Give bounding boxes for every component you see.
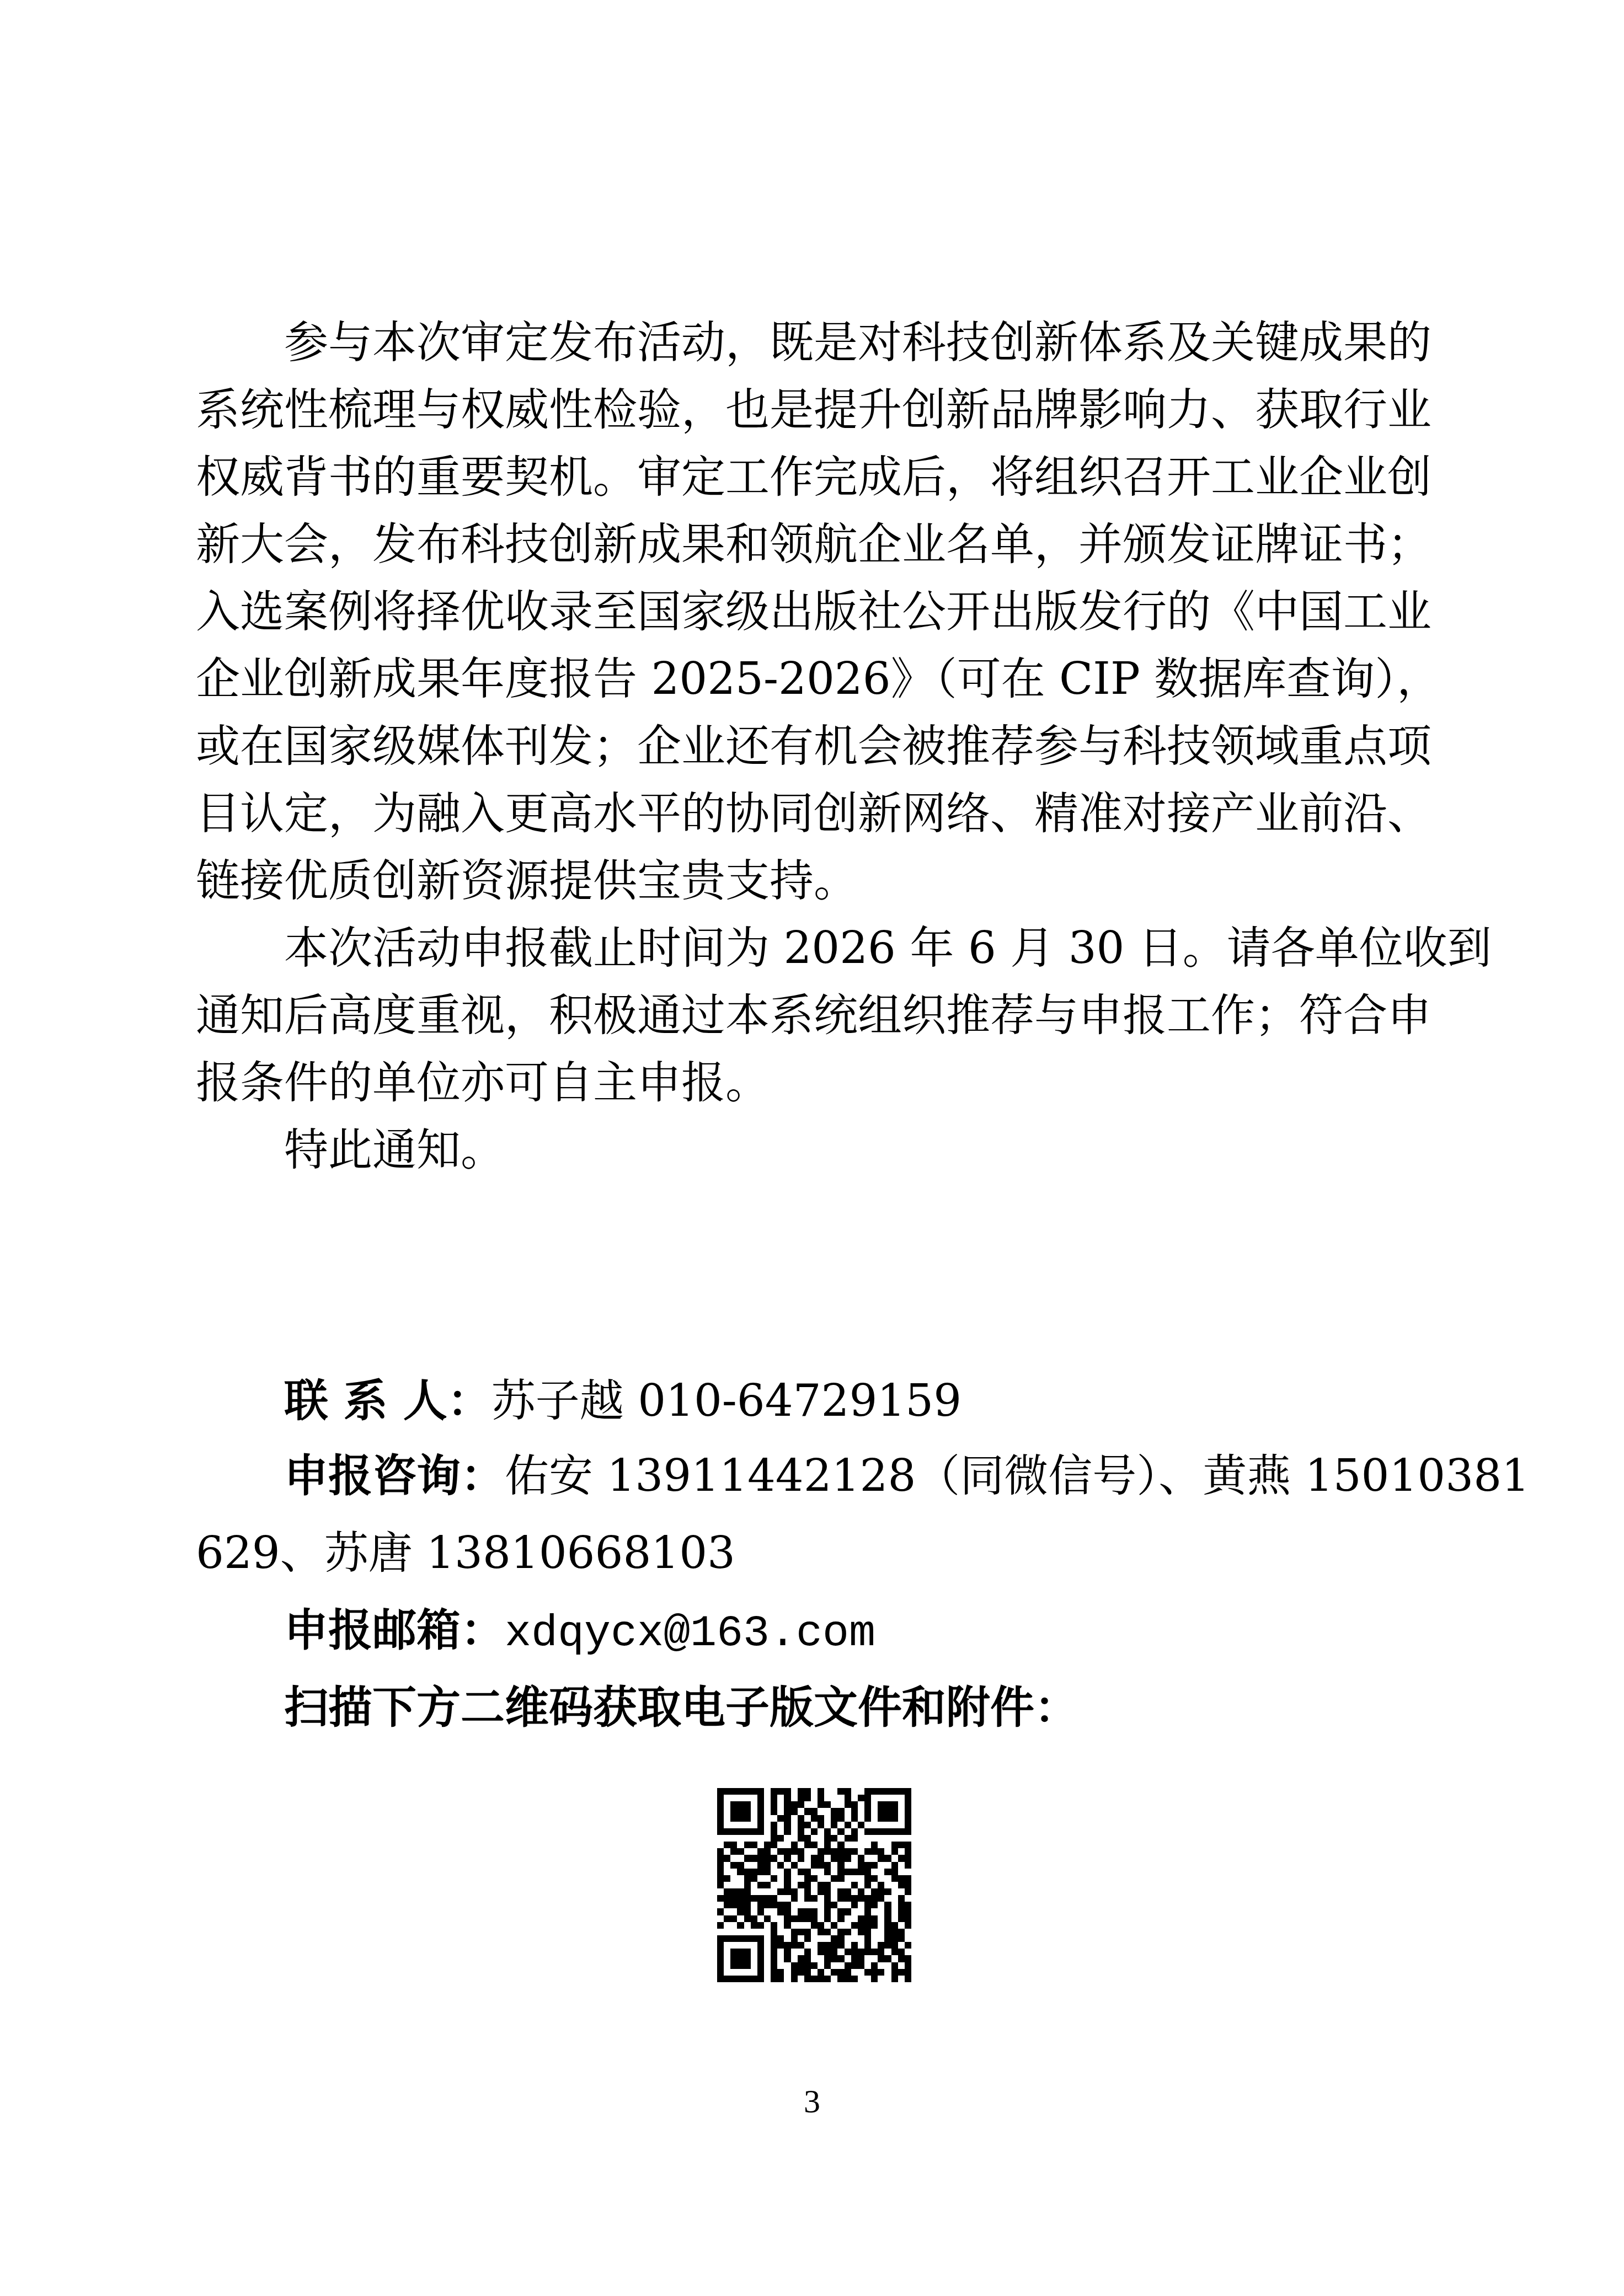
- qr-module: [851, 1869, 858, 1875]
- qr-module: [818, 1976, 824, 1982]
- qr-module: [804, 1888, 811, 1895]
- qr-module: [784, 1828, 790, 1835]
- qr-module: [884, 1882, 891, 1888]
- qr-module: [751, 1788, 757, 1795]
- qr-module: [771, 1929, 777, 1935]
- qr-module: [831, 1815, 837, 1822]
- qr-module: [737, 1848, 744, 1855]
- qr-module: [851, 1862, 858, 1869]
- qr-module: [891, 1955, 898, 1962]
- qr-module: [831, 1922, 837, 1929]
- qr-module: [724, 1848, 730, 1855]
- qr-module: [905, 1795, 911, 1801]
- qr-module: [831, 1862, 837, 1869]
- qr-module: [878, 1788, 884, 1795]
- qr-module: [804, 1962, 811, 1969]
- qr-module: [851, 1822, 858, 1828]
- qr-module: [784, 1902, 790, 1908]
- paragraph-1-line-6: 企业创新成果年度报告 2025-2026》（可在 CIP 数据库查询），: [196, 645, 1431, 713]
- qr-module: [858, 1842, 864, 1848]
- qr-module: [845, 1842, 851, 1848]
- qr-module: [837, 1848, 844, 1855]
- qr-module: [871, 1969, 878, 1976]
- qr-module: [771, 1808, 777, 1815]
- qr-module: [878, 1822, 884, 1828]
- qr-module: [837, 1955, 844, 1962]
- qr-module: [818, 1949, 824, 1955]
- qr-module: [757, 1828, 764, 1835]
- qr-module: [757, 1908, 764, 1915]
- qr-module: [764, 1915, 771, 1922]
- qr-module: [837, 1875, 844, 1882]
- qr-module: [744, 1862, 751, 1869]
- qr-module: [804, 1828, 811, 1835]
- qr-module: [845, 1902, 851, 1908]
- qr-module: [751, 1848, 757, 1855]
- qr-module: [757, 1949, 764, 1955]
- qr-module: [891, 1888, 898, 1895]
- qr-module: [878, 1795, 884, 1801]
- qr-module: [798, 1828, 804, 1835]
- qr-module: [831, 1788, 837, 1795]
- qr-module: [764, 1848, 771, 1855]
- qr-module: [871, 1835, 878, 1842]
- qr-module: [824, 1976, 831, 1982]
- qr-module: [845, 1942, 851, 1949]
- qr-module: [871, 1888, 878, 1895]
- qr-module: [798, 1908, 804, 1915]
- qr-module: [771, 1935, 777, 1942]
- qr-module: [798, 1808, 804, 1815]
- qr-module: [818, 1795, 824, 1801]
- qr-module: [764, 1869, 771, 1875]
- qr-module: [777, 1822, 784, 1828]
- qr-module: [804, 1969, 811, 1976]
- qr-module: [878, 1828, 884, 1835]
- qr-module: [891, 1875, 898, 1882]
- document-page: 参与本次审定发布活动，既是对科技创新体系及关键成果的 系统性梳理与权威性检验，也…: [0, 0, 1624, 2296]
- qr-module: [730, 1976, 737, 1982]
- qr-module: [871, 1922, 878, 1929]
- qr-module: [777, 1869, 784, 1875]
- qr-module: [744, 1942, 751, 1949]
- qr-module: [864, 1882, 871, 1888]
- qr-module: [791, 1822, 798, 1828]
- email-link[interactable]: xdqycx@163.com: [505, 1609, 875, 1659]
- qr-module: [905, 1842, 911, 1848]
- qr-module: [905, 1862, 911, 1869]
- qr-module: [804, 1848, 811, 1855]
- qr-module: [824, 1835, 831, 1842]
- qr-module: [858, 1922, 864, 1929]
- qr-module: [811, 1935, 818, 1942]
- qr-module: [871, 1915, 878, 1922]
- qr-module: [777, 1922, 784, 1929]
- qr-module: [791, 1962, 798, 1969]
- qr-module: [724, 1869, 730, 1875]
- qr-module: [837, 1855, 844, 1861]
- qr-module: [905, 1828, 911, 1835]
- qr-module: [884, 1801, 891, 1808]
- qr-module: [737, 1915, 744, 1922]
- qr-module: [784, 1915, 790, 1922]
- qr-module: [777, 1915, 784, 1922]
- qr-module: [818, 1828, 824, 1835]
- qr-module: [730, 1922, 737, 1929]
- qr-module: [777, 1801, 784, 1808]
- qr-module: [771, 1888, 777, 1895]
- qr-module: [845, 1929, 851, 1935]
- qr-module: [837, 1869, 844, 1875]
- qr-module: [884, 1855, 891, 1861]
- qr-module: [757, 1848, 764, 1855]
- qr-module: [851, 1929, 858, 1935]
- qr-module: [757, 1888, 764, 1895]
- qr-module: [818, 1822, 824, 1828]
- qr-module: [798, 1815, 804, 1822]
- qr-module: [811, 1908, 818, 1915]
- qr-module: [724, 1942, 730, 1949]
- qr-module: [751, 1935, 757, 1942]
- qr-module: [824, 1808, 831, 1815]
- qr-module: [831, 1962, 837, 1969]
- qr-module: [818, 1842, 824, 1848]
- qr-module: [831, 1942, 837, 1949]
- qr-module: [891, 1976, 898, 1982]
- qr-module: [884, 1848, 891, 1855]
- qr-module: [717, 1882, 724, 1888]
- qr-module: [878, 1842, 884, 1848]
- qr-module: [798, 1855, 804, 1861]
- qr-module: [898, 1969, 905, 1976]
- qr-module: [730, 1888, 737, 1895]
- qr-module: [871, 1882, 878, 1888]
- qr-module: [744, 1835, 751, 1842]
- qr-module: [898, 1902, 905, 1908]
- qr-module: [804, 1842, 811, 1848]
- qr-module: [878, 1922, 884, 1929]
- qr-module: [764, 1922, 771, 1929]
- qr-module: [884, 1929, 891, 1935]
- qr-module: [818, 1902, 824, 1908]
- qr-module: [898, 1922, 905, 1929]
- qr-module: [730, 1882, 737, 1888]
- qr-module: [824, 1795, 831, 1801]
- qr-module: [757, 1875, 764, 1882]
- qr-module: [818, 1848, 824, 1855]
- qr-module: [871, 1935, 878, 1942]
- qr-module: [824, 1888, 831, 1895]
- qr-module: [884, 1788, 891, 1795]
- qr-module: [837, 1835, 844, 1842]
- qr-code[interactable]: [717, 1788, 911, 1982]
- qr-module: [871, 1828, 878, 1835]
- qr-module: [784, 1895, 790, 1902]
- qr-module: [837, 1788, 844, 1795]
- qr-module: [851, 1855, 858, 1861]
- qr-module: [724, 1888, 730, 1895]
- qr-module: [744, 1822, 751, 1828]
- qr-module: [811, 1902, 818, 1908]
- qr-module: [891, 1922, 898, 1929]
- qr-module: [818, 1935, 824, 1942]
- qr-module: [871, 1976, 878, 1982]
- qr-module: [831, 1822, 837, 1828]
- qr-module: [905, 1955, 911, 1962]
- qr-module: [784, 1949, 790, 1955]
- qr-module: [864, 1955, 871, 1962]
- qr-module: [831, 1895, 837, 1902]
- qr-module: [724, 1882, 730, 1888]
- qr-module: [717, 1875, 724, 1882]
- qr-module: [845, 1935, 851, 1942]
- qr-module: [891, 1962, 898, 1969]
- qr-module: [791, 1929, 798, 1935]
- qr-module: [851, 1888, 858, 1895]
- qr-module: [791, 1875, 798, 1882]
- qr-module: [884, 1908, 891, 1915]
- qr-module: [798, 1848, 804, 1855]
- qr-module: [717, 1828, 724, 1835]
- qr-module: [818, 1815, 824, 1822]
- qr-module: [791, 1828, 798, 1835]
- qr-module: [878, 1888, 884, 1895]
- qr-module: [751, 1915, 757, 1922]
- qr-module: [891, 1822, 898, 1828]
- qr-module: [824, 1935, 831, 1942]
- qr-module: [717, 1795, 724, 1801]
- qr-module: [744, 1888, 751, 1895]
- qr-module: [884, 1962, 891, 1969]
- qr-module: [831, 1882, 837, 1888]
- qr-module: [851, 1828, 858, 1835]
- qr-module: [878, 1929, 884, 1935]
- qr-module: [771, 1842, 777, 1848]
- qr-module: [818, 1835, 824, 1842]
- qr-module: [717, 1902, 724, 1908]
- qr-module: [837, 1976, 844, 1982]
- qr-module: [871, 1955, 878, 1962]
- qr-module: [878, 1976, 884, 1982]
- qr-module: [771, 1788, 777, 1795]
- qr-module: [751, 1955, 757, 1962]
- qr-module: [871, 1815, 878, 1822]
- qr-module: [905, 1976, 911, 1982]
- qr-module: [751, 1882, 757, 1888]
- qr-module: [818, 1955, 824, 1962]
- qr-module: [784, 1875, 790, 1882]
- qr-module: [764, 1828, 771, 1835]
- qr-module: [724, 1855, 730, 1861]
- qr-module: [798, 1882, 804, 1888]
- qr-module: [818, 1869, 824, 1875]
- qr-module: [804, 1915, 811, 1922]
- qr-module: [811, 1976, 818, 1982]
- qr-module: [764, 1962, 771, 1969]
- qr-module: [724, 1801, 730, 1808]
- qr-module: [771, 1862, 777, 1869]
- qr-module: [898, 1848, 905, 1855]
- qr-module: [864, 1795, 871, 1801]
- qr-module: [730, 1969, 737, 1976]
- qr-module: [891, 1828, 898, 1835]
- qr-module: [764, 1955, 771, 1962]
- qr-module: [804, 1942, 811, 1949]
- qr-module: [898, 1801, 905, 1808]
- qr-module: [757, 1842, 764, 1848]
- qr-module: [831, 1888, 837, 1895]
- qr-module: [804, 1801, 811, 1808]
- qr-module: [878, 1949, 884, 1955]
- qr-module: [831, 1929, 837, 1935]
- qr-module: [737, 1808, 744, 1815]
- qr-module: [858, 1908, 864, 1915]
- qr-module: [845, 1815, 851, 1822]
- qr-module: [757, 1855, 764, 1861]
- qr-module: [878, 1915, 884, 1922]
- qr-module: [724, 1815, 730, 1822]
- qr-module: [811, 1801, 818, 1808]
- qr-module: [804, 1822, 811, 1828]
- qr-module: [744, 1902, 751, 1908]
- qr-module: [878, 1942, 884, 1949]
- qr-module: [824, 1955, 831, 1962]
- qr-module: [905, 1949, 911, 1955]
- qr-module: [791, 1915, 798, 1922]
- qr-module: [811, 1828, 818, 1835]
- qr-module: [724, 1902, 730, 1908]
- qr-module: [905, 1801, 911, 1808]
- qr-module: [831, 1908, 837, 1915]
- qr-module: [837, 1902, 844, 1908]
- qr-module: [771, 1855, 777, 1861]
- qr-module: [751, 1795, 757, 1801]
- qr-module: [831, 1808, 837, 1815]
- qr-module: [851, 1842, 858, 1848]
- qr-module: [864, 1801, 871, 1808]
- qr-module: [798, 1962, 804, 1969]
- qr-module: [804, 1922, 811, 1929]
- qr-module: [818, 1895, 824, 1902]
- qr-module: [837, 1801, 844, 1808]
- qr-module: [845, 1955, 851, 1962]
- qr-module: [764, 1888, 771, 1895]
- qr-module: [898, 1815, 905, 1822]
- qr-module: [851, 1835, 858, 1842]
- qr-module: [851, 1922, 858, 1929]
- qr-module: [858, 1869, 864, 1875]
- qr-module: [777, 1855, 784, 1861]
- qr-module: [737, 1875, 744, 1882]
- qr-module: [737, 1888, 744, 1895]
- qr-module: [851, 1848, 858, 1855]
- qr-module: [824, 1828, 831, 1835]
- qr-module: [764, 1808, 771, 1815]
- qr-module: [871, 1902, 878, 1908]
- qr-module: [744, 1848, 751, 1855]
- qr-module: [824, 1908, 831, 1915]
- qr-module: [824, 1855, 831, 1861]
- qr-module: [777, 1788, 784, 1795]
- qr-module: [811, 1929, 818, 1935]
- qr-module: [798, 1969, 804, 1976]
- qr-module: [798, 1788, 804, 1795]
- qr-module: [798, 1922, 804, 1929]
- qr-module: [824, 1902, 831, 1908]
- qr-module: [737, 1902, 744, 1908]
- qr-module: [784, 1955, 790, 1962]
- qr-module: [757, 1902, 764, 1908]
- qr-module: [858, 1828, 864, 1835]
- qr-module: [824, 1815, 831, 1822]
- qr-module: [878, 1895, 884, 1902]
- qr-module: [851, 1935, 858, 1942]
- qr-module: [858, 1942, 864, 1949]
- qr-module: [864, 1949, 871, 1955]
- qr-module: [798, 1942, 804, 1949]
- qr-module: [737, 1795, 744, 1801]
- qr-module: [818, 1855, 824, 1861]
- qr-module: [891, 1815, 898, 1822]
- qr-module: [851, 1949, 858, 1955]
- qr-module: [824, 1875, 831, 1882]
- qr-module: [837, 1942, 844, 1949]
- qr-module: [831, 1969, 837, 1976]
- qr-module: [791, 1788, 798, 1795]
- qr-module: [771, 1962, 777, 1969]
- qr-module: [858, 1976, 864, 1982]
- qr-module: [730, 1855, 737, 1861]
- qr-module: [898, 1908, 905, 1915]
- qr-module: [831, 1848, 837, 1855]
- qr-module: [884, 1895, 891, 1902]
- qr-module: [784, 1815, 790, 1822]
- qr-module: [858, 1801, 864, 1808]
- qr-module: [845, 1862, 851, 1869]
- qr-module: [898, 1788, 905, 1795]
- qr-module: [891, 1882, 898, 1888]
- qr-module: [798, 1935, 804, 1942]
- qr-module: [791, 1842, 798, 1848]
- qr-module: [784, 1888, 790, 1895]
- qr-module: [871, 1862, 878, 1869]
- qr-module: [898, 1828, 905, 1835]
- qr-module: [791, 1848, 798, 1855]
- qr-module: [777, 1882, 784, 1888]
- qr-module: [724, 1835, 730, 1842]
- qr-module: [717, 1922, 724, 1929]
- qr-module: [858, 1935, 864, 1942]
- qr-module: [791, 1935, 798, 1942]
- qr-module: [791, 1801, 798, 1808]
- qr-module: [717, 1869, 724, 1875]
- qr-module: [764, 1842, 771, 1848]
- qr-module: [764, 1835, 771, 1842]
- qr-module: [884, 1942, 891, 1949]
- qr-module: [831, 1801, 837, 1808]
- qr-module: [811, 1842, 818, 1848]
- qr-module: [891, 1929, 898, 1935]
- qr-module: [824, 1942, 831, 1949]
- qr-module: [744, 1955, 751, 1962]
- qr-module: [757, 1976, 764, 1982]
- qr-module: [851, 1795, 858, 1801]
- qr-module: [737, 1922, 744, 1929]
- qr-module: [724, 1935, 730, 1942]
- qr-module: [864, 1788, 871, 1795]
- qr-module: [898, 1915, 905, 1922]
- qr-module: [811, 1848, 818, 1855]
